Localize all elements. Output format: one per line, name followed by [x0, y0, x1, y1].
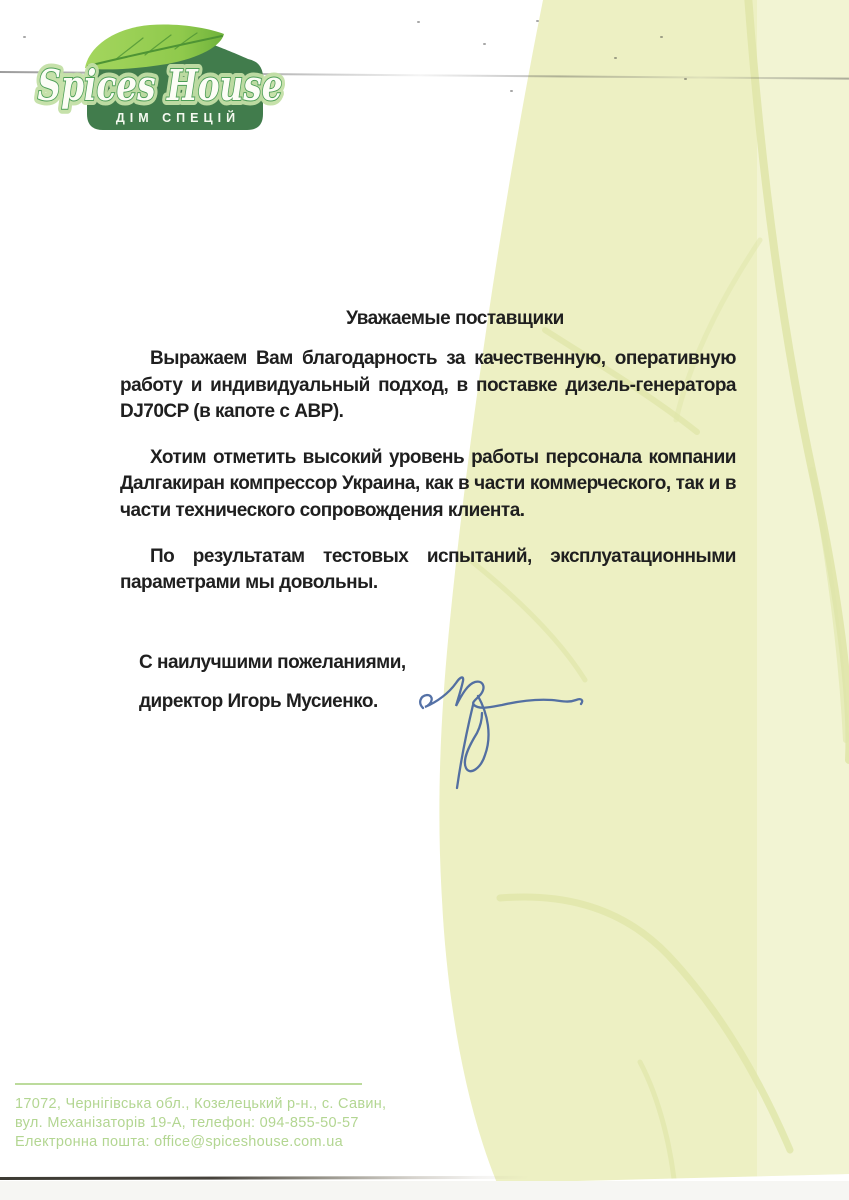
- footer-address-line-1: 17072, Чернігівська обл., Козелецький р-…: [15, 1095, 535, 1114]
- brand-script: Spices House: [38, 61, 283, 110]
- handwritten-signature-ink: [415, 670, 595, 795]
- letter-heading: Уважаемые поставщики: [120, 306, 736, 332]
- footer-address-block: 17072, Чернігівська обл., Козелецький р-…: [15, 1083, 535, 1152]
- scan-speck: [660, 36, 663, 38]
- letter-paragraph-2: Хотим отметить высокий уровень работы пе…: [120, 445, 736, 524]
- letter-paragraph-3: По результатам тестовых испытаний, экспл…: [120, 544, 736, 597]
- footer-address-line-3: Електронна пошта: office@spiceshouse.com…: [15, 1133, 535, 1152]
- scan-speck: [536, 20, 539, 22]
- brand-logo: Spices House Spices House ДІМ СПЕЦІЙ: [15, 8, 305, 158]
- letter-paragraph-1: Выражаем Вам благодарность за качественн…: [120, 346, 736, 425]
- footer-rule: [15, 1083, 362, 1085]
- scan-speck: [483, 43, 486, 45]
- scan-speck: [417, 21, 420, 23]
- scan-speck: [510, 90, 513, 92]
- letter-body: Уважаемые поставщики Выражаем Вам благод…: [120, 306, 736, 617]
- scanned-letter-page: Spices House Spices House ДІМ СПЕЦІЙ Ува…: [0, 0, 849, 1200]
- scan-edge-strip: [0, 1181, 849, 1200]
- footer-address-line-2: вул. Механізаторів 19-А, телефон: 094-85…: [15, 1114, 535, 1133]
- scan-speck: [614, 57, 617, 59]
- brand-tagline: ДІМ СПЕЦІЙ: [116, 110, 240, 125]
- scan-speck: [684, 78, 687, 80]
